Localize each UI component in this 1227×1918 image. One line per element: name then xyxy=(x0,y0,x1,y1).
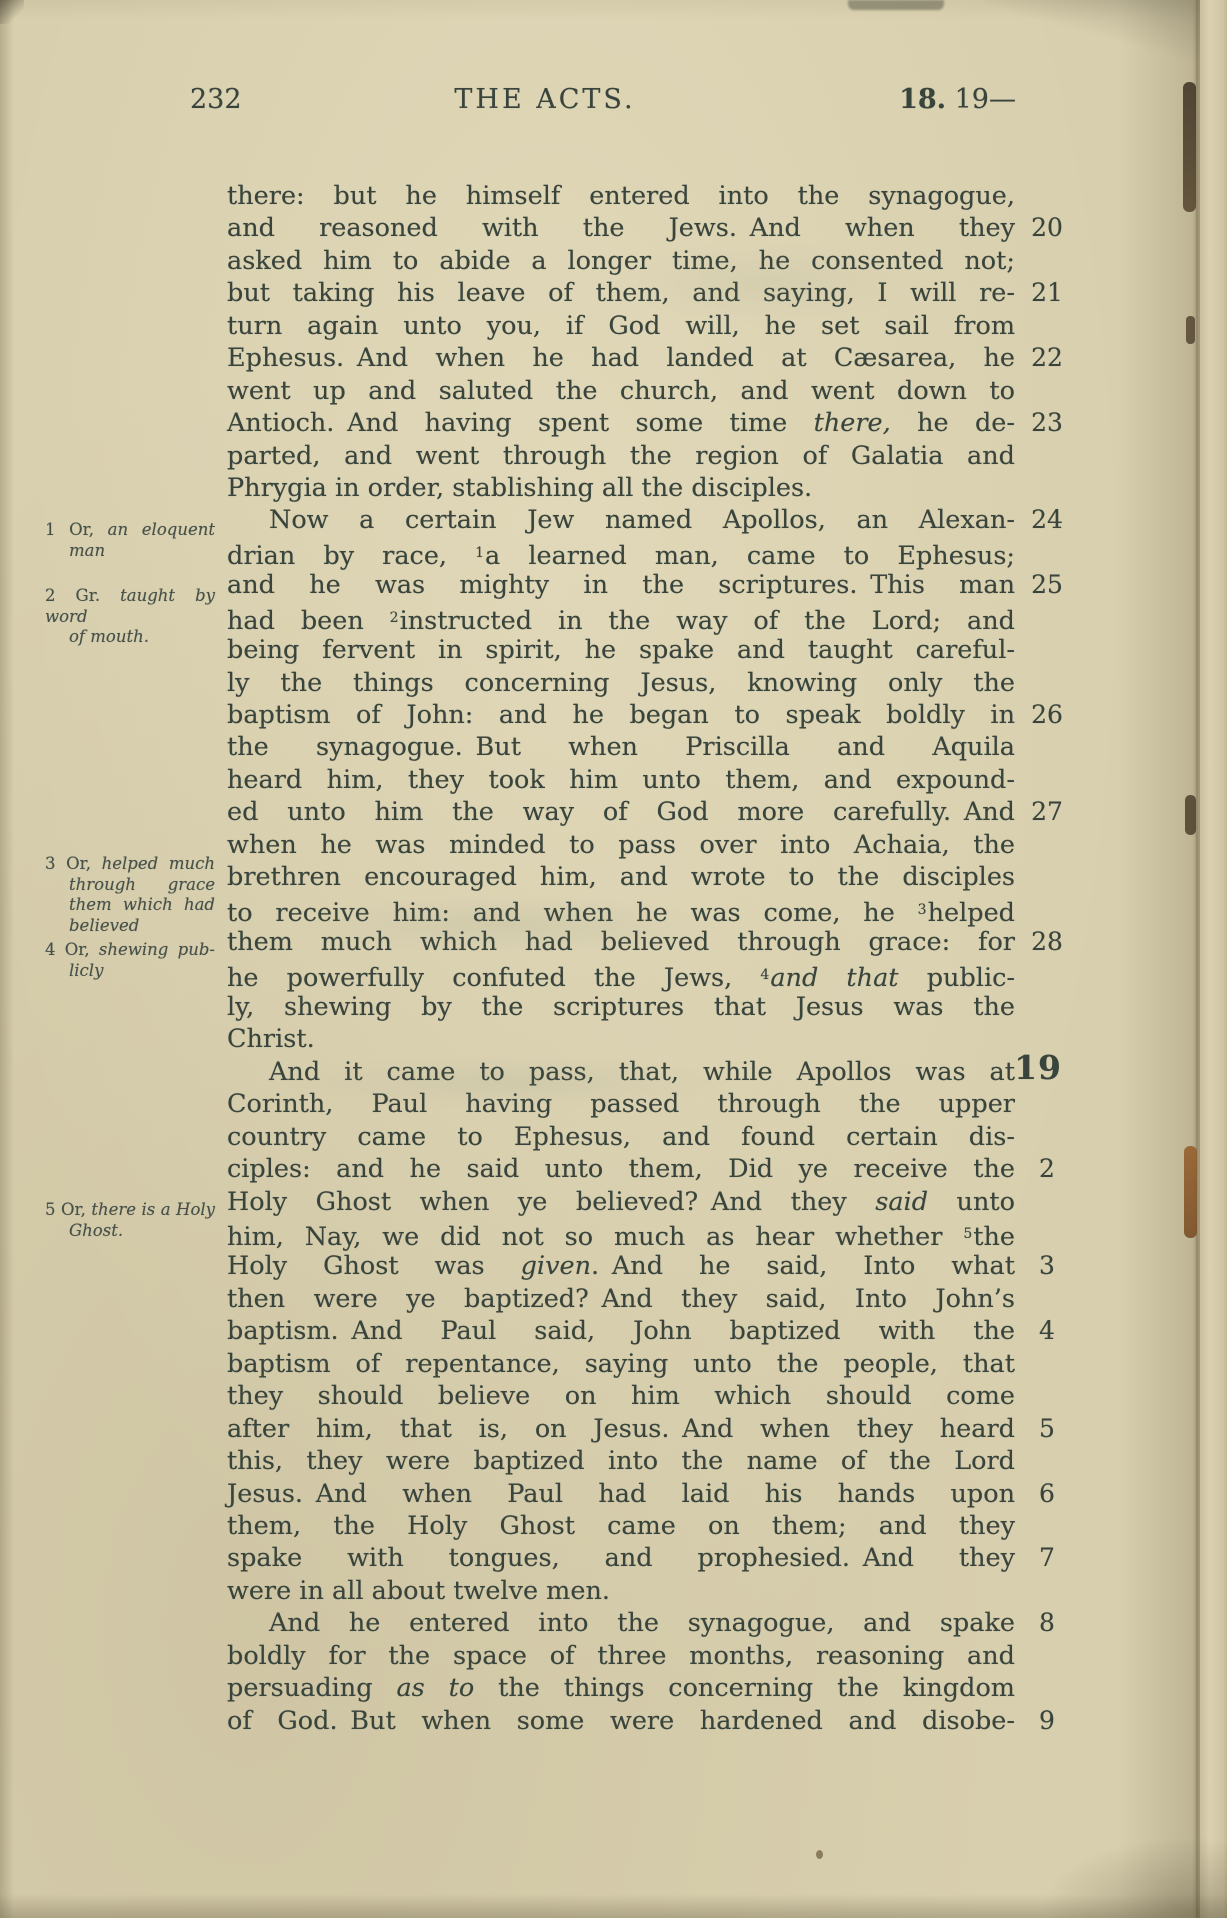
text-line-content: them much which had believed through gra… xyxy=(227,926,1015,958)
text-line: ed unto him the way of God more carefull… xyxy=(227,796,1015,828)
text-line-content: Holy Ghost when ye believed? And they sa… xyxy=(227,1186,1015,1218)
text-segment: of God. But when some were hardened and … xyxy=(227,1706,1015,1736)
text-segment: them much which had believed through gra… xyxy=(227,927,1015,957)
text-line-content: after him, that is, on Jesus. And when t… xyxy=(227,1413,1015,1445)
text-segment: a learned man, came to Ephesus; xyxy=(485,541,1015,571)
text-line: asked him to abide a longer time, he con… xyxy=(227,245,1015,277)
verse-reference-chapter: 18. xyxy=(899,84,946,115)
text-line: but taking his leave of them, and saying… xyxy=(227,277,1015,309)
text-line: they should believe on him which should … xyxy=(227,1380,1015,1412)
text-line: drian by race, 1a learned man, came to E… xyxy=(227,537,1015,569)
text-line: them much which had believed through gra… xyxy=(227,926,1015,958)
text-line: then were ye baptized? And they said, In… xyxy=(227,1283,1015,1315)
text-segment: then were ye baptized? And they said, In… xyxy=(227,1284,1015,1314)
text-segment: unto xyxy=(928,1187,1015,1217)
text-line: Ephesus. And when he had landed at Cæsar… xyxy=(227,342,1015,374)
text-segment: country came to Ephesus, and found certa… xyxy=(227,1122,1015,1152)
text-segment: there is a Holy xyxy=(91,1200,215,1219)
text-line: persuading as to the things concerning t… xyxy=(227,1672,1015,1704)
text-line-content: when he was minded to pass over into Ach… xyxy=(227,829,1015,861)
text-segment: Corinth, Paul having passed through the … xyxy=(227,1089,1015,1119)
text-line-content: ed unto him the way of God more carefull… xyxy=(227,796,1015,828)
text-line-content: had been 2instructed in the way of the L… xyxy=(227,602,1015,637)
verse-number: 21 xyxy=(1023,277,1071,309)
text-segment: asked him to abide a longer time, he con… xyxy=(227,246,1015,276)
text-segment: baptism. And Paul said, John baptized wi… xyxy=(227,1316,1015,1346)
text-segment: went up and saluted the church, and went… xyxy=(227,376,1015,406)
text-segment: drian by race, xyxy=(227,541,475,571)
text-line-content: Ephesus. And when he had landed at Cæsar… xyxy=(227,342,1015,374)
text-line-content: him, Nay, we did not so much as hear whe… xyxy=(227,1218,1015,1253)
text-segment: and reasoned with the Jews. And when the… xyxy=(227,213,1015,243)
text-segment: Christ. xyxy=(227,1024,315,1054)
verse-number: 24 xyxy=(1023,504,1071,536)
text-line: Corinth, Paul having passed through the … xyxy=(227,1088,1015,1120)
text-segment: And it came to pass, that, while Apollos… xyxy=(269,1057,1015,1087)
margin-note-line: 2 Gr. taught by word xyxy=(45,586,215,627)
verse-number: 6 xyxy=(1023,1478,1071,1510)
text-segment: said xyxy=(875,1187,928,1217)
text-line: baptism of John: and he began to speak b… xyxy=(227,699,1015,731)
text-line-content: boldly for the space of three months, re… xyxy=(227,1640,1015,1672)
verse-number: 22 xyxy=(1023,342,1071,374)
verse-number: 3 xyxy=(1023,1250,1071,1282)
text-line-content: then were ye baptized? And they said, In… xyxy=(227,1283,1015,1315)
binding-shadow xyxy=(1118,0,1198,1918)
text-line-content: Christ. xyxy=(227,1023,1015,1055)
text-line: being fervent in spirit, he spake and ta… xyxy=(227,634,1015,666)
running-title: THE ACTS. xyxy=(395,84,695,115)
scanned-book-page: 232 THE ACTS. 18. 19— 1 Or, an eloquentm… xyxy=(0,0,1227,1918)
text-segment: him, Nay, we did not so much as hear whe… xyxy=(227,1222,963,1252)
text-segment: the synagogue. But when Priscilla and Aq… xyxy=(227,732,1015,762)
text-segment: turn again unto you, if God will, he set… xyxy=(227,311,1015,341)
text-segment: but taking his leave of them, and saying… xyxy=(227,278,1015,308)
verse-number: 5 xyxy=(1023,1413,1071,1445)
text-segment: licly xyxy=(69,961,103,980)
text-line: them, the Holy Ghost came on them; and t… xyxy=(227,1510,1015,1542)
text-segment: 4 Or, xyxy=(45,940,99,959)
text-segment: Phrygia in order, stablishing all the di… xyxy=(227,473,812,503)
text-segment: of mouth. xyxy=(69,627,149,646)
text-segment: them which had xyxy=(69,895,215,914)
margin-note-line: man xyxy=(45,541,215,562)
verse-number: 28 xyxy=(1023,926,1071,958)
text-segment: there, xyxy=(814,408,891,438)
text-line-content: but taking his leave of them, and saying… xyxy=(227,277,1015,309)
margin-note: 3 Or, helped muchthrough gracethem which… xyxy=(45,854,215,936)
text-line: Phrygia in order, stablishing all the di… xyxy=(227,472,1015,504)
text-line: had been 2instructed in the way of the L… xyxy=(227,602,1015,634)
text-segment: ly, shewing by the scriptures that Jesus… xyxy=(227,992,1015,1022)
text-segment: brethren encouraged him, and wrote to th… xyxy=(227,862,1015,892)
text-line-content: went up and saluted the church, and went… xyxy=(227,375,1015,407)
text-line: the synagogue. But when Priscilla and Aq… xyxy=(227,731,1015,763)
text-segment: this, they were baptized into the name o… xyxy=(227,1446,1015,1476)
edge-stain xyxy=(1183,82,1196,212)
text-segment: he powerfully confuted the Jews, xyxy=(227,963,760,993)
verse-number: 20 xyxy=(1023,212,1071,244)
text-segment: Holy Ghost when ye believed? And they xyxy=(227,1187,875,1217)
verse-number: 4 xyxy=(1023,1315,1071,1347)
text-line-content: spake with tongues, and prophesied. And … xyxy=(227,1542,1015,1574)
margin-note: 4 Or, shewing pub-licly xyxy=(45,940,215,981)
text-segment: . And he said, Into what xyxy=(591,1251,1015,1281)
text-segment: parted, and went through the region of G… xyxy=(227,441,1015,471)
text-segment: and that xyxy=(770,963,898,993)
text-line-content: baptism of repentance, saying unto the p… xyxy=(227,1348,1015,1380)
text-line: to receive him: and when he was come, he… xyxy=(227,894,1015,926)
text-segment: helped xyxy=(928,898,1015,928)
text-segment: Now a certain Jew named Apollos, an Alex… xyxy=(269,505,1015,535)
text-segment: as to xyxy=(396,1673,474,1703)
text-segment: Holy Ghost was xyxy=(227,1251,521,1281)
footnote-marker: 5 xyxy=(963,1226,972,1242)
margin-note: 1 Or, an eloquentman xyxy=(45,520,215,561)
verse-number: 26 xyxy=(1023,699,1071,731)
body-text: there: but he himself entered into the s… xyxy=(227,180,1015,1737)
text-line: Now a certain Jew named Apollos, an Alex… xyxy=(227,504,1015,536)
text-line-content: Phrygia in order, stablishing all the di… xyxy=(227,472,1015,504)
text-segment: instructed in the way of the Lord; and xyxy=(400,606,1015,636)
text-line: and reasoned with the Jews. And when the… xyxy=(227,212,1015,244)
text-segment: they should believe on him which should … xyxy=(227,1381,1015,1411)
text-line: this, they were baptized into the name o… xyxy=(227,1445,1015,1477)
text-segment: an eloquent xyxy=(108,520,215,539)
text-segment: given xyxy=(521,1251,591,1281)
text-line: there: but he himself entered into the s… xyxy=(227,180,1015,212)
text-line: boldly for the space of three months, re… xyxy=(227,1640,1015,1672)
margin-note-line: Ghost. xyxy=(45,1221,215,1242)
text-line-content: ly the things concerning Jesus, knowing … xyxy=(227,667,1015,699)
verse-reference-rest: 19— xyxy=(946,84,1016,115)
text-line-content: to receive him: and when he was come, he… xyxy=(227,894,1015,929)
text-segment: to receive him: and when he was come, he xyxy=(227,898,918,928)
text-line: And it came to pass, that, while Apollos… xyxy=(227,1056,1015,1088)
text-segment: 1 Or, xyxy=(45,520,108,539)
text-line: when he was minded to pass over into Ach… xyxy=(227,829,1015,861)
text-segment: man xyxy=(69,541,105,560)
text-line-content: they should believe on him which should … xyxy=(227,1380,1015,1412)
text-segment: heard him, they took him unto them, and … xyxy=(227,765,1015,795)
text-segment: And he entered into the synagogue, and s… xyxy=(269,1608,1015,1638)
text-line-content: and he was mighty in the scriptures. Thi… xyxy=(227,569,1015,601)
text-line-content: ly, shewing by the scriptures that Jesus… xyxy=(227,991,1015,1023)
text-segment: helped much xyxy=(102,854,215,873)
footnote-marker: 2 xyxy=(390,610,399,626)
text-segment: being fervent in spirit, he spake and ta… xyxy=(227,635,1015,665)
text-line-content: country came to Ephesus, and found certa… xyxy=(227,1121,1015,1153)
verse-number: 9 xyxy=(1023,1705,1071,1737)
text-line-content: them, the Holy Ghost came on them; and t… xyxy=(227,1510,1015,1542)
footnote-marker: 3 xyxy=(918,902,927,918)
text-line-content: being fervent in spirit, he spake and ta… xyxy=(227,634,1015,666)
text-segment: persuading xyxy=(227,1673,396,1703)
text-line: Holy Ghost when ye believed? And they sa… xyxy=(227,1186,1015,1218)
margin-note-line: them which had xyxy=(45,895,215,916)
footnote-marker: 1 xyxy=(475,545,484,561)
text-line-content: Holy Ghost was given. And he said, Into … xyxy=(227,1250,1015,1282)
text-segment: ed unto him the way of God more carefull… xyxy=(227,797,1015,827)
text-line: ly, shewing by the scriptures that Jesus… xyxy=(227,991,1015,1023)
edge-stain xyxy=(1185,795,1196,835)
text-line: Christ. xyxy=(227,1023,1015,1055)
text-line-content: persuading as to the things concerning t… xyxy=(227,1672,1015,1704)
ink-speck xyxy=(816,1850,823,1859)
text-line-content: asked him to abide a longer time, he con… xyxy=(227,245,1015,277)
verse-number: 23 xyxy=(1023,407,1071,439)
text-segment: public- xyxy=(899,963,1015,993)
text-line-content: And he entered into the synagogue, and s… xyxy=(227,1607,1015,1639)
text-segment: spake with tongues, and prophesied. And … xyxy=(227,1543,1015,1573)
text-line-content: brethren encouraged him, and wrote to th… xyxy=(227,861,1015,893)
text-line: country came to Ephesus, and found certa… xyxy=(227,1121,1015,1153)
text-line: ciples: and he said unto them, Did ye re… xyxy=(227,1153,1015,1185)
text-segment: boldly for the space of three months, re… xyxy=(227,1641,1015,1671)
text-line: parted, and went through the region of G… xyxy=(227,440,1015,472)
verse-number: 7 xyxy=(1023,1542,1071,1574)
text-line: heard him, they took him unto them, and … xyxy=(227,764,1015,796)
text-segment: the things concerning the kingdom xyxy=(474,1673,1015,1703)
text-segment: shewing pub- xyxy=(99,940,215,959)
text-segment: had been xyxy=(227,606,390,636)
text-line-content: Jesus. And when Paul had laid his hands … xyxy=(227,1478,1015,1510)
text-segment: Jesus. And when Paul had laid his hands … xyxy=(227,1479,1015,1509)
verse-number: 27 xyxy=(1023,796,1071,828)
text-line-content: and reasoned with the Jews. And when the… xyxy=(227,212,1015,244)
margin-note: 5 Or, there is a HolyGhost. xyxy=(45,1200,215,1241)
text-segment: through grace xyxy=(69,875,215,894)
text-line: spake with tongues, and prophesied. And … xyxy=(227,1542,1015,1574)
text-segment: Antioch. And having spent some time xyxy=(227,408,814,438)
edge-stain xyxy=(1186,316,1195,344)
text-line: after him, that is, on Jesus. And when t… xyxy=(227,1413,1015,1445)
edge-stain xyxy=(1184,1146,1197,1238)
text-line-content: baptism. And Paul said, John baptized wi… xyxy=(227,1315,1015,1347)
chapter-number: 19 xyxy=(1002,1052,1062,1084)
text-line-content: turn again unto you, if God will, he set… xyxy=(227,310,1015,342)
text-line: went up and saluted the church, and went… xyxy=(227,375,1015,407)
text-line-content: this, they were baptized into the name o… xyxy=(227,1445,1015,1477)
text-line: Holy Ghost was given. And he said, Into … xyxy=(227,1250,1015,1282)
footnote-marker: 4 xyxy=(760,967,769,983)
margin-note-line: 1 Or, an eloquent xyxy=(45,520,215,541)
text-segment: believed xyxy=(69,916,139,935)
text-line: And he entered into the synagogue, and s… xyxy=(227,1607,1015,1639)
text-line: him, Nay, we did not so much as hear whe… xyxy=(227,1218,1015,1250)
text-line: turn again unto you, if God will, he set… xyxy=(227,310,1015,342)
text-line: were in all about twelve men. xyxy=(227,1575,1015,1607)
verse-number: 2 xyxy=(1023,1153,1071,1185)
text-segment: Ephesus. And when he had landed at Cæsar… xyxy=(227,343,1015,373)
binding-crease xyxy=(1196,0,1200,1918)
text-line: ly the things concerning Jesus, knowing … xyxy=(227,667,1015,699)
text-line: of God. But when some were hardened and … xyxy=(227,1705,1015,1737)
text-line-content: there: but he himself entered into the s… xyxy=(227,180,1015,212)
text-line-content: Antioch. And having spent some time ther… xyxy=(227,407,1015,439)
text-segment: 3 Or, xyxy=(45,854,102,873)
text-segment: there: but he himself entered into the s… xyxy=(227,181,1015,211)
text-segment: 5 Or, xyxy=(45,1200,91,1219)
margin-note-line: licly xyxy=(45,961,215,982)
margin-note-line: 4 Or, shewing pub- xyxy=(45,940,215,961)
bottom-right-shadow xyxy=(1040,1836,1227,1918)
text-line: baptism of repentance, saying unto the p… xyxy=(227,1348,1015,1380)
text-segment: he de- xyxy=(891,408,1015,438)
text-segment: and he was mighty in the scriptures. Thi… xyxy=(227,570,1015,600)
text-line-content: And it came to pass, that, while Apollos… xyxy=(227,1056,1015,1088)
margin-note-line: of mouth. xyxy=(45,627,215,648)
text-line: Antioch. And having spent some time ther… xyxy=(227,407,1015,439)
text-line: and he was mighty in the scriptures. Thi… xyxy=(227,569,1015,601)
text-line: baptism. And Paul said, John baptized wi… xyxy=(227,1315,1015,1347)
text-segment: the xyxy=(973,1222,1015,1252)
text-line: he powerfully confuted the Jews, 4and th… xyxy=(227,959,1015,991)
text-line-content: were in all about twelve men. xyxy=(227,1575,1015,1607)
text-line: brethren encouraged him, and wrote to th… xyxy=(227,861,1015,893)
text-line-content: ciples: and he said unto them, Did ye re… xyxy=(227,1153,1015,1185)
verse-number: 25 xyxy=(1023,569,1071,601)
text-line-content: he powerfully confuted the Jews, 4and th… xyxy=(227,959,1015,994)
text-line-content: Now a certain Jew named Apollos, an Alex… xyxy=(227,504,1015,536)
text-line: Jesus. And when Paul had laid his hands … xyxy=(227,1478,1015,1510)
text-segment: were in all about twelve men. xyxy=(227,1576,610,1606)
text-segment: 2 Gr. xyxy=(45,586,120,605)
verse-reference: 18. 19— xyxy=(878,84,1016,115)
text-segment: baptism of repentance, saying unto the p… xyxy=(227,1349,1015,1379)
text-line-content: of God. But when some were hardened and … xyxy=(227,1705,1015,1737)
margin-note-line: 5 Or, there is a Holy xyxy=(45,1200,215,1221)
margin-note-line: believed xyxy=(45,916,215,937)
text-segment: after him, that is, on Jesus. And when t… xyxy=(227,1414,1015,1444)
text-line-content: the synagogue. But when Priscilla and Aq… xyxy=(227,731,1015,763)
text-line-content: parted, and went through the region of G… xyxy=(227,440,1015,472)
text-line-content: baptism of John: and he began to speak b… xyxy=(227,699,1015,731)
top-edge-smudge xyxy=(848,0,944,10)
margin-note-line: 3 Or, helped much xyxy=(45,854,215,875)
top-right-shade xyxy=(985,0,1227,66)
verse-number: 8 xyxy=(1023,1607,1071,1639)
margin-note: 2 Gr. taught by wordof mouth. xyxy=(45,586,215,648)
margin-notes: 1 Or, an eloquentman2 Gr. taught by word… xyxy=(0,0,227,1918)
text-segment: baptism of John: and he began to speak b… xyxy=(227,700,1015,730)
text-line-content: drian by race, 1a learned man, came to E… xyxy=(227,537,1015,572)
text-segment: ly the things concerning Jesus, knowing … xyxy=(227,668,1015,698)
text-segment: ciples: and he said unto them, Did ye re… xyxy=(227,1154,1015,1184)
text-segment: Ghost. xyxy=(69,1221,123,1240)
text-line-content: Corinth, Paul having passed through the … xyxy=(227,1088,1015,1120)
text-line-content: heard him, they took him unto them, and … xyxy=(227,764,1015,796)
margin-note-line: through grace xyxy=(45,875,215,896)
text-segment: them, the Holy Ghost came on them; and t… xyxy=(227,1511,1015,1541)
page-edge-strip xyxy=(1200,0,1227,1918)
text-segment: when he was minded to pass over into Ach… xyxy=(227,830,1015,860)
